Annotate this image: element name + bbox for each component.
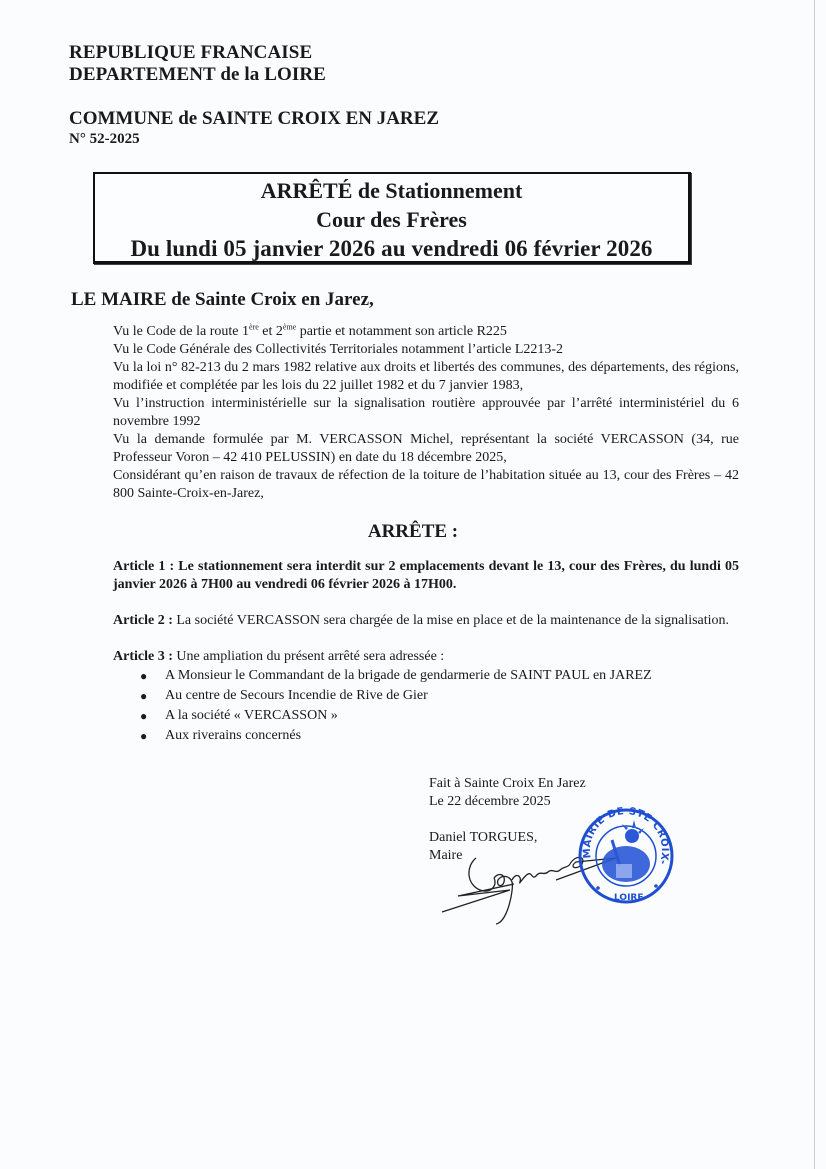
- superscript: ème: [283, 322, 296, 331]
- recipient-text: Aux riverains concernés: [165, 728, 301, 743]
- text-segment: partie et notamment son article R225: [296, 324, 507, 339]
- bullet-icon: ●: [140, 726, 147, 746]
- article-2: Article 2 : La société VERCASSON sera ch…: [113, 612, 739, 630]
- arrete-heading: ARRÊTE :: [0, 521, 826, 543]
- page-edge: [814, 0, 815, 1169]
- article-1: Article 1 : Le stationnement sera interd…: [113, 558, 739, 594]
- article-text: La société VERCASSON sera chargée de la …: [173, 613, 729, 628]
- bullet-icon: ●: [140, 666, 147, 686]
- superscript: ère: [249, 322, 259, 331]
- article-text: Une ampliation du présent arrêté sera ad…: [173, 649, 444, 664]
- text-segment: Vu le Code de la route 1: [113, 324, 249, 339]
- considerant-cgct: Vu le Code Générale des Collectivités Te…: [113, 341, 739, 359]
- list-item: ●A la société « VERCASSON »: [165, 706, 739, 726]
- commune-label: COMMUNE de SAINTE CROIX EN JAREZ: [69, 108, 439, 130]
- title-line-2: Cour des Frères: [95, 205, 688, 234]
- article-3: Article 3 : Une ampliation du présent ar…: [113, 648, 739, 666]
- article-label: Article 3 :: [113, 649, 173, 664]
- recipient-text: A la société « VERCASSON »: [165, 708, 338, 723]
- list-item: ●A Monsieur le Commandant de la brigade …: [165, 666, 739, 686]
- official-stamp-icon: MAIRIE DE STE CROIX-EN-JAREZ LOIRE: [576, 806, 676, 906]
- bullet-icon: ●: [140, 706, 147, 726]
- title-line-3: Du lundi 05 janvier 2026 au vendredi 06 …: [95, 234, 688, 263]
- signature-date: Le 22 décembre 2025: [429, 793, 586, 811]
- considerant-loi: Vu la loi n° 82-213 du 2 mars 1982 relat…: [113, 359, 739, 395]
- text-segment: et 2: [259, 324, 283, 339]
- signature-place: Fait à Sainte Croix En Jarez: [429, 775, 586, 793]
- title-box: ARRÊTÉ de Stationnement Cour des Frères …: [93, 172, 691, 264]
- department-label: DEPARTEMENT de la LOIRE: [69, 64, 439, 86]
- considerant-demande: Vu la demande formulée par M. VERCASSON …: [113, 431, 739, 467]
- title-line-1: ARRÊTÉ de Stationnement: [95, 176, 688, 205]
- svg-text:LOIRE: LOIRE: [614, 893, 644, 903]
- republic-label: REPUBLIQUE FRANCAISE: [69, 42, 439, 64]
- article-label: Article 1 :: [113, 559, 174, 574]
- bullet-icon: ●: [140, 686, 147, 706]
- article-label: Article 2 :: [113, 613, 173, 628]
- considerant-instruction: Vu l’instruction interministérielle sur …: [113, 395, 739, 431]
- recipients-list: ●A Monsieur le Commandant de la brigade …: [113, 666, 739, 746]
- recipient-text: Au centre de Secours Incendie de Rive de…: [165, 688, 428, 703]
- article-text: Le stationnement sera interdit sur 2 emp…: [113, 559, 739, 592]
- document-header: REPUBLIQUE FRANCAISE DEPARTEMENT de la L…: [69, 42, 439, 149]
- considerant-code-route: Vu le Code de la route 1ère et 2ème part…: [113, 323, 739, 341]
- recipient-text: A Monsieur le Commandant de la brigade d…: [165, 668, 652, 683]
- maire-heading: LE MAIRE de Sainte Croix en Jarez,: [71, 289, 374, 311]
- arrete-number: N° 52-2025: [69, 130, 439, 149]
- signatory-name: Daniel TORGUES,: [429, 829, 586, 847]
- list-item: ●Au centre de Secours Incendie de Rive d…: [165, 686, 739, 706]
- articles: Article 1 : Le stationnement sera interd…: [113, 558, 739, 746]
- considerant-travaux: Considérant qu’en raison de travaux de r…: [113, 467, 739, 503]
- list-item: ●Aux riverains concernés: [165, 726, 739, 746]
- considerants: Vu le Code de la route 1ère et 2ème part…: [113, 323, 739, 503]
